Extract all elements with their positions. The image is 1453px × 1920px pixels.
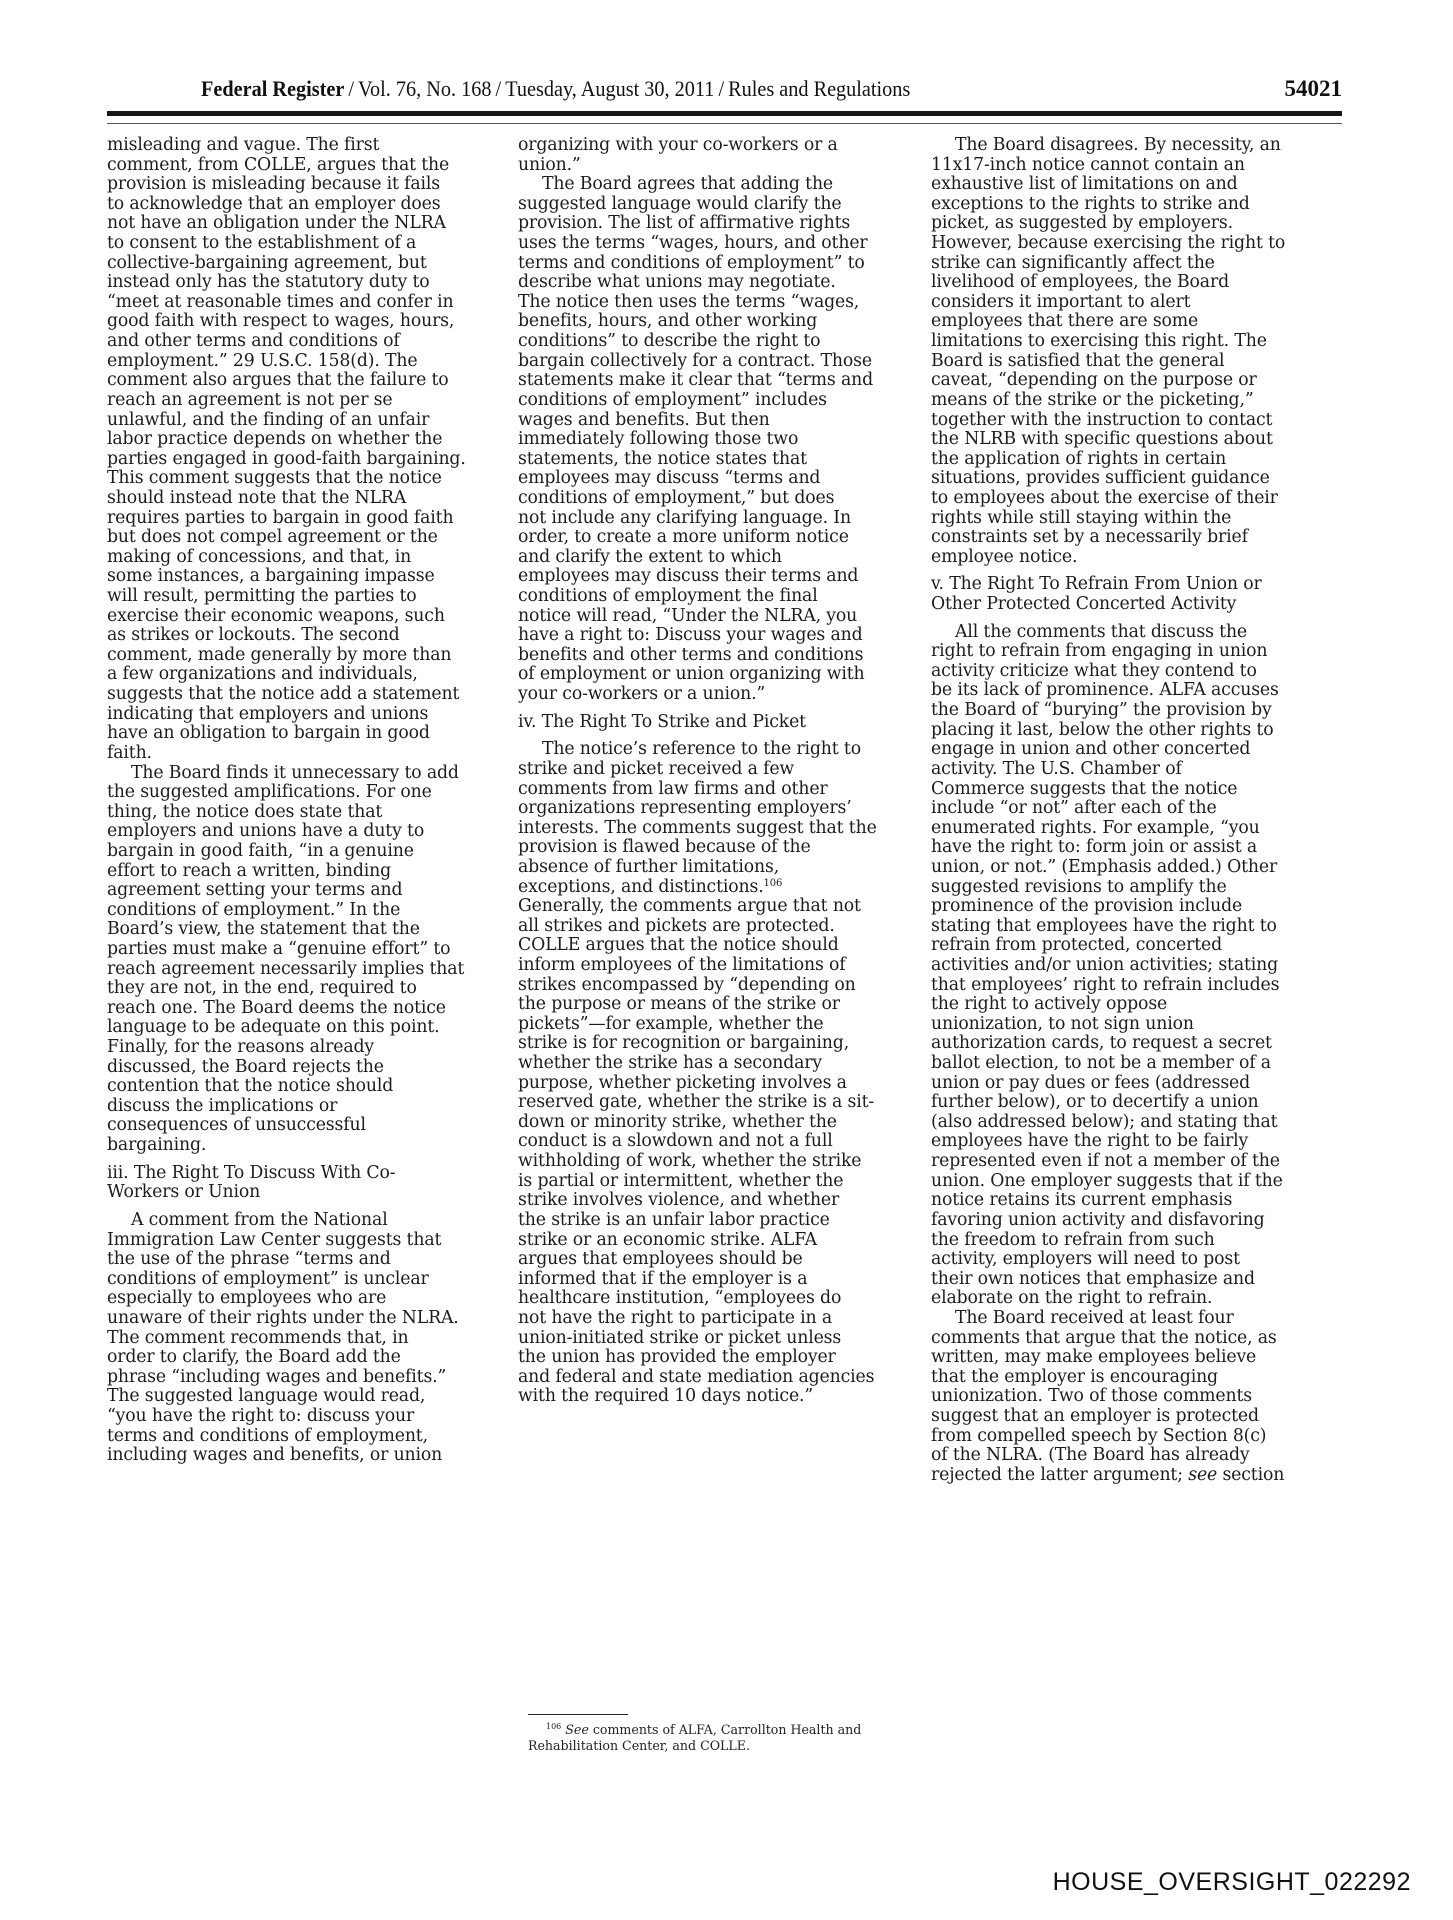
body-line: comment also argues that the failure to	[107, 371, 502, 391]
body-line: with the required 10 days notice.”	[518, 1387, 920, 1407]
body-line: union.”	[518, 156, 920, 176]
body-line: not have the right to participate in a	[518, 1309, 920, 1329]
body-line: strike or an economic strike. ALFA	[518, 1231, 920, 1251]
body-line: suggests that the notice add a statement	[107, 685, 502, 705]
footnote-marker: 106	[546, 1722, 561, 1731]
section-name: Rules and Regulations	[728, 76, 910, 101]
body-line: means of the strike or the picketing,”	[931, 391, 1337, 411]
body-line: union, or not.” (Emphasis added.) Other	[931, 858, 1337, 878]
body-line: organizations representing employers’	[518, 799, 920, 819]
body-line: unlawful, and the finding of an unfair	[107, 411, 502, 431]
body-line: placing it last, below the other rights …	[931, 721, 1337, 741]
body-line: suggest that an employer is protected	[931, 1407, 1337, 1427]
body-line: The Board received at least four	[931, 1309, 1337, 1329]
section-heading: iv. The Right To Strike and Picket	[518, 713, 920, 733]
body-line: not have an obligation under the NLRA	[107, 214, 502, 234]
body-line: caveat, “depending on the purpose or	[931, 371, 1337, 391]
body-line: to employees about the exercise of their	[931, 489, 1337, 509]
body-line: employees may discuss their terms and	[518, 567, 920, 587]
body-line: employees have the right to be fairly	[931, 1132, 1337, 1152]
body-line: that employees’ right to refrain include…	[931, 976, 1337, 996]
body-line: The notice’s reference to the right to	[518, 740, 920, 760]
body-line: the application of rights in certain	[931, 450, 1337, 470]
body-line: favoring union activity and disfavoring	[931, 1211, 1337, 1231]
text-column-middle: organizing with your co-workers or aunio…	[518, 136, 920, 1407]
body-line: union or pay dues or fees (addressed	[931, 1074, 1337, 1094]
body-line: your co-workers or a union.”	[518, 685, 920, 705]
body-line: order to clarify, the Board add the	[107, 1348, 502, 1368]
body-line: comments that argue that the notice, as	[931, 1329, 1337, 1349]
body-line: making of concessions, and that, in	[107, 548, 502, 568]
volume-issue: Vol. 76, No. 168	[358, 76, 491, 101]
body-line: conditions of employment,” but does	[518, 489, 920, 509]
body-line: requires parties to bargain in good fait…	[107, 509, 502, 529]
body-line: conditions of employment.” In the	[107, 901, 502, 921]
body-line: The Board agrees that adding the	[518, 175, 920, 195]
body-line: effort to reach a written, binding	[107, 862, 502, 882]
body-line: represented even if not a member of the	[931, 1152, 1337, 1172]
body-line: employment.” 29 U.S.C. 158(d). The	[107, 352, 502, 372]
body-line: statements, the notice states that	[518, 450, 920, 470]
footnote-line: Rehabilitation Center, and COLLE.	[528, 1738, 928, 1754]
body-line: the suggested amplifications. For one	[107, 783, 502, 803]
issue-date: Tuesday, August 30, 2011	[505, 76, 714, 101]
body-line: be its lack of prominence. ALFA accuses	[931, 681, 1337, 701]
body-line: contention that the notice should	[107, 1077, 502, 1097]
body-line: considers it important to alert	[931, 293, 1337, 313]
body-line: organizing with your co-workers or a	[518, 136, 920, 156]
body-line: and clarify the extent to which	[518, 548, 920, 568]
body-line: ballot election, to not be a member of a	[931, 1054, 1337, 1074]
body-line: exceptions, and distinctions.106	[518, 878, 920, 898]
body-line: benefits, hours, and other working	[518, 312, 920, 332]
body-line: enumerated rights. For example, “you	[931, 819, 1337, 839]
body-line: engage in union and other concerted	[931, 740, 1337, 760]
body-line: of the NLRA. (The Board has already	[931, 1446, 1337, 1466]
body-line: absence of further limitations,	[518, 858, 920, 878]
body-line: conduct is a slowdown and not a full	[518, 1132, 920, 1152]
body-line: activity. The U.S. Chamber of	[931, 760, 1337, 780]
body-line: suggested language would clarify the	[518, 195, 920, 215]
body-line: prominence of the provision include	[931, 897, 1337, 917]
body-line: provision is flawed because of the	[518, 838, 920, 858]
body-line: terms and conditions of employment,	[107, 1427, 502, 1447]
body-line: the freedom to refrain from such	[931, 1231, 1337, 1251]
body-line: language to be adequate on this point.	[107, 1018, 502, 1038]
body-line: bargaining.	[107, 1136, 502, 1156]
body-line: unaware of their rights under the NLRA.	[107, 1309, 502, 1329]
body-line: written, may make employees believe	[931, 1348, 1337, 1368]
body-line: the union has provided the employer	[518, 1348, 920, 1368]
body-line: purpose, whether picketing involves a	[518, 1074, 920, 1094]
body-line: immediately following those two	[518, 430, 920, 450]
body-line: employees may discuss “terms and	[518, 469, 920, 489]
body-line: reach one. The Board deems the notice	[107, 999, 502, 1019]
body-line: consequences of unsuccessful	[107, 1116, 502, 1136]
body-line: statements make it clear that “terms and	[518, 371, 920, 391]
body-line: thing, the notice does state that	[107, 803, 502, 823]
body-line: reach agreement necessarily implies that	[107, 960, 502, 980]
body-line: employers and unions have a duty to	[107, 822, 502, 842]
body-line: Commerce suggests that the notice	[931, 780, 1337, 800]
body-line: notice retains its current emphasis	[931, 1191, 1337, 1211]
body-line: the NLRB with specific questions about	[931, 430, 1337, 450]
body-line: include “or not” after each of the	[931, 799, 1337, 819]
body-line: of employment or union organizing with	[518, 665, 920, 685]
body-line: pickets”—for example, whether the	[518, 1015, 920, 1035]
body-line: strike is for recognition or bargaining,	[518, 1034, 920, 1054]
body-line: union-initiated strike or picket unless	[518, 1329, 920, 1349]
body-line: activities and/or union activities; stat…	[931, 956, 1337, 976]
body-line: All the comments that discuss the	[931, 623, 1337, 643]
body-line: indicating that employers and unions	[107, 705, 502, 725]
body-line: bargain in good faith, “in a genuine	[107, 842, 502, 862]
footnote-106: 106 See comments of ALFA, Carrollton Hea…	[528, 1722, 928, 1754]
body-line: conditions of employment” is unclear	[107, 1270, 502, 1290]
body-line: healthcare institution, “employees do	[518, 1289, 920, 1309]
body-line: should instead note that the NLRA	[107, 489, 502, 509]
section-heading: iii. The Right To Discuss With Co-	[107, 1164, 502, 1184]
body-line: withholding of work, whether the strike	[518, 1152, 920, 1172]
body-line: is partial or intermittent, whether the	[518, 1172, 920, 1192]
body-line: The notice then uses the terms “wages,	[518, 293, 920, 313]
body-line: parties must make a “genuine effort” to	[107, 940, 502, 960]
body-line: their own notices that emphasize and	[931, 1270, 1337, 1290]
body-line: a few organizations and individuals,	[107, 665, 502, 685]
body-line: The comment recommends that, in	[107, 1329, 502, 1349]
body-line: reach an agreement is not per se	[107, 391, 502, 411]
footnote-line: 106 See comments of ALFA, Carrollton Hea…	[528, 1722, 928, 1738]
body-line: describe what unions may negotiate.	[518, 273, 920, 293]
body-line: uses the terms “wages, hours, and other	[518, 234, 920, 254]
body-line: However, because exercising the right to	[931, 234, 1337, 254]
body-line: stating that employees have the right to	[931, 917, 1337, 937]
text-column-left: misleading and vague. The firstcomment, …	[107, 136, 502, 1466]
body-line: Generally, the comments argue that not	[518, 897, 920, 917]
body-line: and other terms and conditions of	[107, 332, 502, 352]
body-line: have the right to: form join or assist a	[931, 838, 1337, 858]
body-line: as strikes or lockouts. The second	[107, 626, 502, 646]
body-line: suggested revisions to amplify the	[931, 878, 1337, 898]
body-line: comment, made generally by more than	[107, 646, 502, 666]
body-line: together with the instruction to contact	[931, 411, 1337, 431]
publication-name: Federal Register	[201, 76, 344, 101]
body-line: The suggested language would read,	[107, 1387, 502, 1407]
body-line: all strikes and pickets are protected.	[518, 917, 920, 937]
body-line: activity, employers will need to post	[931, 1250, 1337, 1270]
body-line: have an obligation to bargain in good	[107, 724, 502, 744]
body-line: comment, from COLLE, argues that the	[107, 156, 502, 176]
body-line: This comment suggests that the notice	[107, 469, 502, 489]
body-line: the Board of “burying” the provision by	[931, 701, 1337, 721]
body-line: faith.	[107, 744, 502, 764]
body-line: argues that employees should be	[518, 1250, 920, 1270]
body-line: discuss the implications or	[107, 1097, 502, 1117]
body-line: to consent to the establishment of a	[107, 234, 502, 254]
body-line: discussed, the Board rejects the	[107, 1058, 502, 1078]
body-line: A comment from the National	[107, 1211, 502, 1231]
body-line: “you have the right to: discuss your	[107, 1407, 502, 1427]
body-line: not include any clarifying language. In	[518, 509, 920, 529]
body-line: COLLE argues that the notice should	[518, 936, 920, 956]
body-line: conditions of employment” includes	[518, 391, 920, 411]
body-line: collective-bargaining agreement, but	[107, 254, 502, 274]
body-line: authorization cards, to request a secret	[931, 1034, 1337, 1054]
body-line: Board is satisfied that the general	[931, 352, 1337, 372]
body-line: they are not, in the end, required to	[107, 979, 502, 999]
body-line: employee notice.	[931, 548, 1337, 568]
body-line: limitations to exercising this right. Th…	[931, 332, 1337, 352]
body-line: but does not compel agreement or the	[107, 528, 502, 548]
body-line: will result, permitting the parties to	[107, 587, 502, 607]
body-line: 11x17-inch notice cannot contain an	[931, 156, 1337, 176]
body-line: Board’s view, the statement that the	[107, 920, 502, 940]
body-line: activity criticize what they contend to	[931, 662, 1337, 682]
body-line: livelihood of employees, the Board	[931, 273, 1337, 293]
body-line: (also addressed below); and stating that	[931, 1113, 1337, 1133]
body-line: The Board disagrees. By necessity, an	[931, 136, 1337, 156]
italic-see: see	[1188, 1465, 1217, 1485]
body-line: strike involves violence, and whether	[518, 1191, 920, 1211]
body-line: constraints set by a necessarily brief	[931, 528, 1337, 548]
footnote-text: comments of ALFA, Carrollton Health and	[589, 1722, 861, 1737]
header-rule-thin	[107, 123, 1342, 124]
footnote-see: See	[565, 1722, 589, 1737]
body-line: phrase “including wages and benefits.”	[107, 1368, 502, 1388]
body-line: inform employees of the limitations of	[518, 956, 920, 976]
body-line: exhaustive list of limitations on and	[931, 175, 1337, 195]
body-line: informed that if the employer is a	[518, 1270, 920, 1290]
header-title: Federal Register / Vol. 76, No. 168 / Tu…	[201, 72, 910, 106]
body-line: the use of the phrase “terms and	[107, 1250, 502, 1270]
body-line: the right to actively oppose	[931, 995, 1337, 1015]
section-heading: Other Protected Concerted Activity	[931, 595, 1337, 615]
body-line: order, to create a more uniform notice	[518, 528, 920, 548]
body-line: union. One employer suggests that if the	[931, 1172, 1337, 1192]
body-line: picket, as suggested by employers.	[931, 214, 1337, 234]
body-line: whether the strike has a secondary	[518, 1054, 920, 1074]
body-line: rejected the latter argument; see sectio…	[931, 1466, 1337, 1486]
body-line: strikes encompassed by “depending on	[518, 976, 920, 996]
text-column-right: The Board disagrees. By necessity, an11x…	[931, 136, 1337, 1485]
header-rule-thick	[107, 111, 1342, 116]
body-line: wages and benefits. But then	[518, 411, 920, 431]
body-line: exercise their economic weapons, such	[107, 607, 502, 627]
body-line: strike and picket received a few	[518, 760, 920, 780]
body-line: interests. The comments suggest that the	[518, 819, 920, 839]
body-line: employees that there are some	[931, 312, 1337, 332]
body-line: benefits and other terms and conditions	[518, 646, 920, 666]
body-line: have a right to: Discuss your wages and	[518, 626, 920, 646]
body-line: misleading and vague. The first	[107, 136, 502, 156]
body-line: that the employer is encouraging	[931, 1368, 1337, 1388]
body-line: the purpose or means of the strike or	[518, 995, 920, 1015]
body-line: bargain collectively for a contract. Tho…	[518, 352, 920, 372]
body-line: conditions” to describe the right to	[518, 332, 920, 352]
body-line: further below), or to decertify a union	[931, 1093, 1337, 1113]
body-line: labor practice depends on whether the	[107, 430, 502, 450]
body-line: provision is misleading because it fails	[107, 175, 502, 195]
body-line: the strike is an unfair labor practice	[518, 1211, 920, 1231]
page-number: 54021	[1285, 72, 1343, 106]
section-heading: v. The Right To Refrain From Union or	[931, 575, 1337, 595]
body-line: The Board finds it unnecessary to add	[107, 764, 502, 784]
footnote-reference[interactable]: 106	[764, 878, 783, 889]
body-line: notice will read, “Under the NLRA, you	[518, 607, 920, 627]
body-line: especially to employees who are	[107, 1289, 502, 1309]
body-line: instead only has the statutory duty to	[107, 273, 502, 293]
body-line: to acknowledge that an employer does	[107, 195, 502, 215]
body-line: rights while still staying within the	[931, 509, 1337, 529]
body-line: down or minority strike, whether the	[518, 1113, 920, 1133]
body-line: exceptions to the rights to strike and	[931, 195, 1337, 215]
running-header: Federal Register / Vol. 76, No. 168 / Tu…	[107, 72, 1342, 106]
body-line: comments from law firms and other	[518, 780, 920, 800]
body-line: from compelled speech by Section 8(c)	[931, 1427, 1337, 1447]
body-line: good faith with respect to wages, hours,	[107, 312, 502, 332]
body-line: reserved gate, whether the strike is a s…	[518, 1093, 920, 1113]
body-line: provision. The list of affirmative right…	[518, 214, 920, 234]
body-line: situations, provides sufficient guidance	[931, 469, 1337, 489]
body-line: refrain from protected, concerted	[931, 936, 1337, 956]
body-line: elaborate on the right to refrain.	[931, 1289, 1337, 1309]
body-line: unionization. Two of those comments	[931, 1387, 1337, 1407]
body-line: agreement setting your terms and	[107, 881, 502, 901]
body-line: unionization, to not sign union	[931, 1015, 1337, 1035]
body-line: Immigration Law Center suggests that	[107, 1231, 502, 1251]
body-line: conditions of employment the final	[518, 587, 920, 607]
footnote-rule	[528, 1714, 628, 1715]
body-line: terms and conditions of employment” to	[518, 254, 920, 274]
body-line: strike can significantly affect the	[931, 254, 1337, 274]
body-line: and federal and state mediation agencies	[518, 1368, 920, 1388]
body-line: some instances, a bargaining impasse	[107, 567, 502, 587]
body-line: including wages and benefits, or union	[107, 1446, 502, 1466]
body-line: parties engaged in good-faith bargaining…	[107, 450, 502, 470]
body-line: “meet at reasonable times and confer in	[107, 293, 502, 313]
section-heading: Workers or Union	[107, 1183, 502, 1203]
body-line: Finally, for the reasons already	[107, 1038, 502, 1058]
body-line: right to refrain from engaging in union	[931, 642, 1337, 662]
bates-stamp: HOUSE_OVERSIGHT_022292	[1053, 1868, 1411, 1897]
